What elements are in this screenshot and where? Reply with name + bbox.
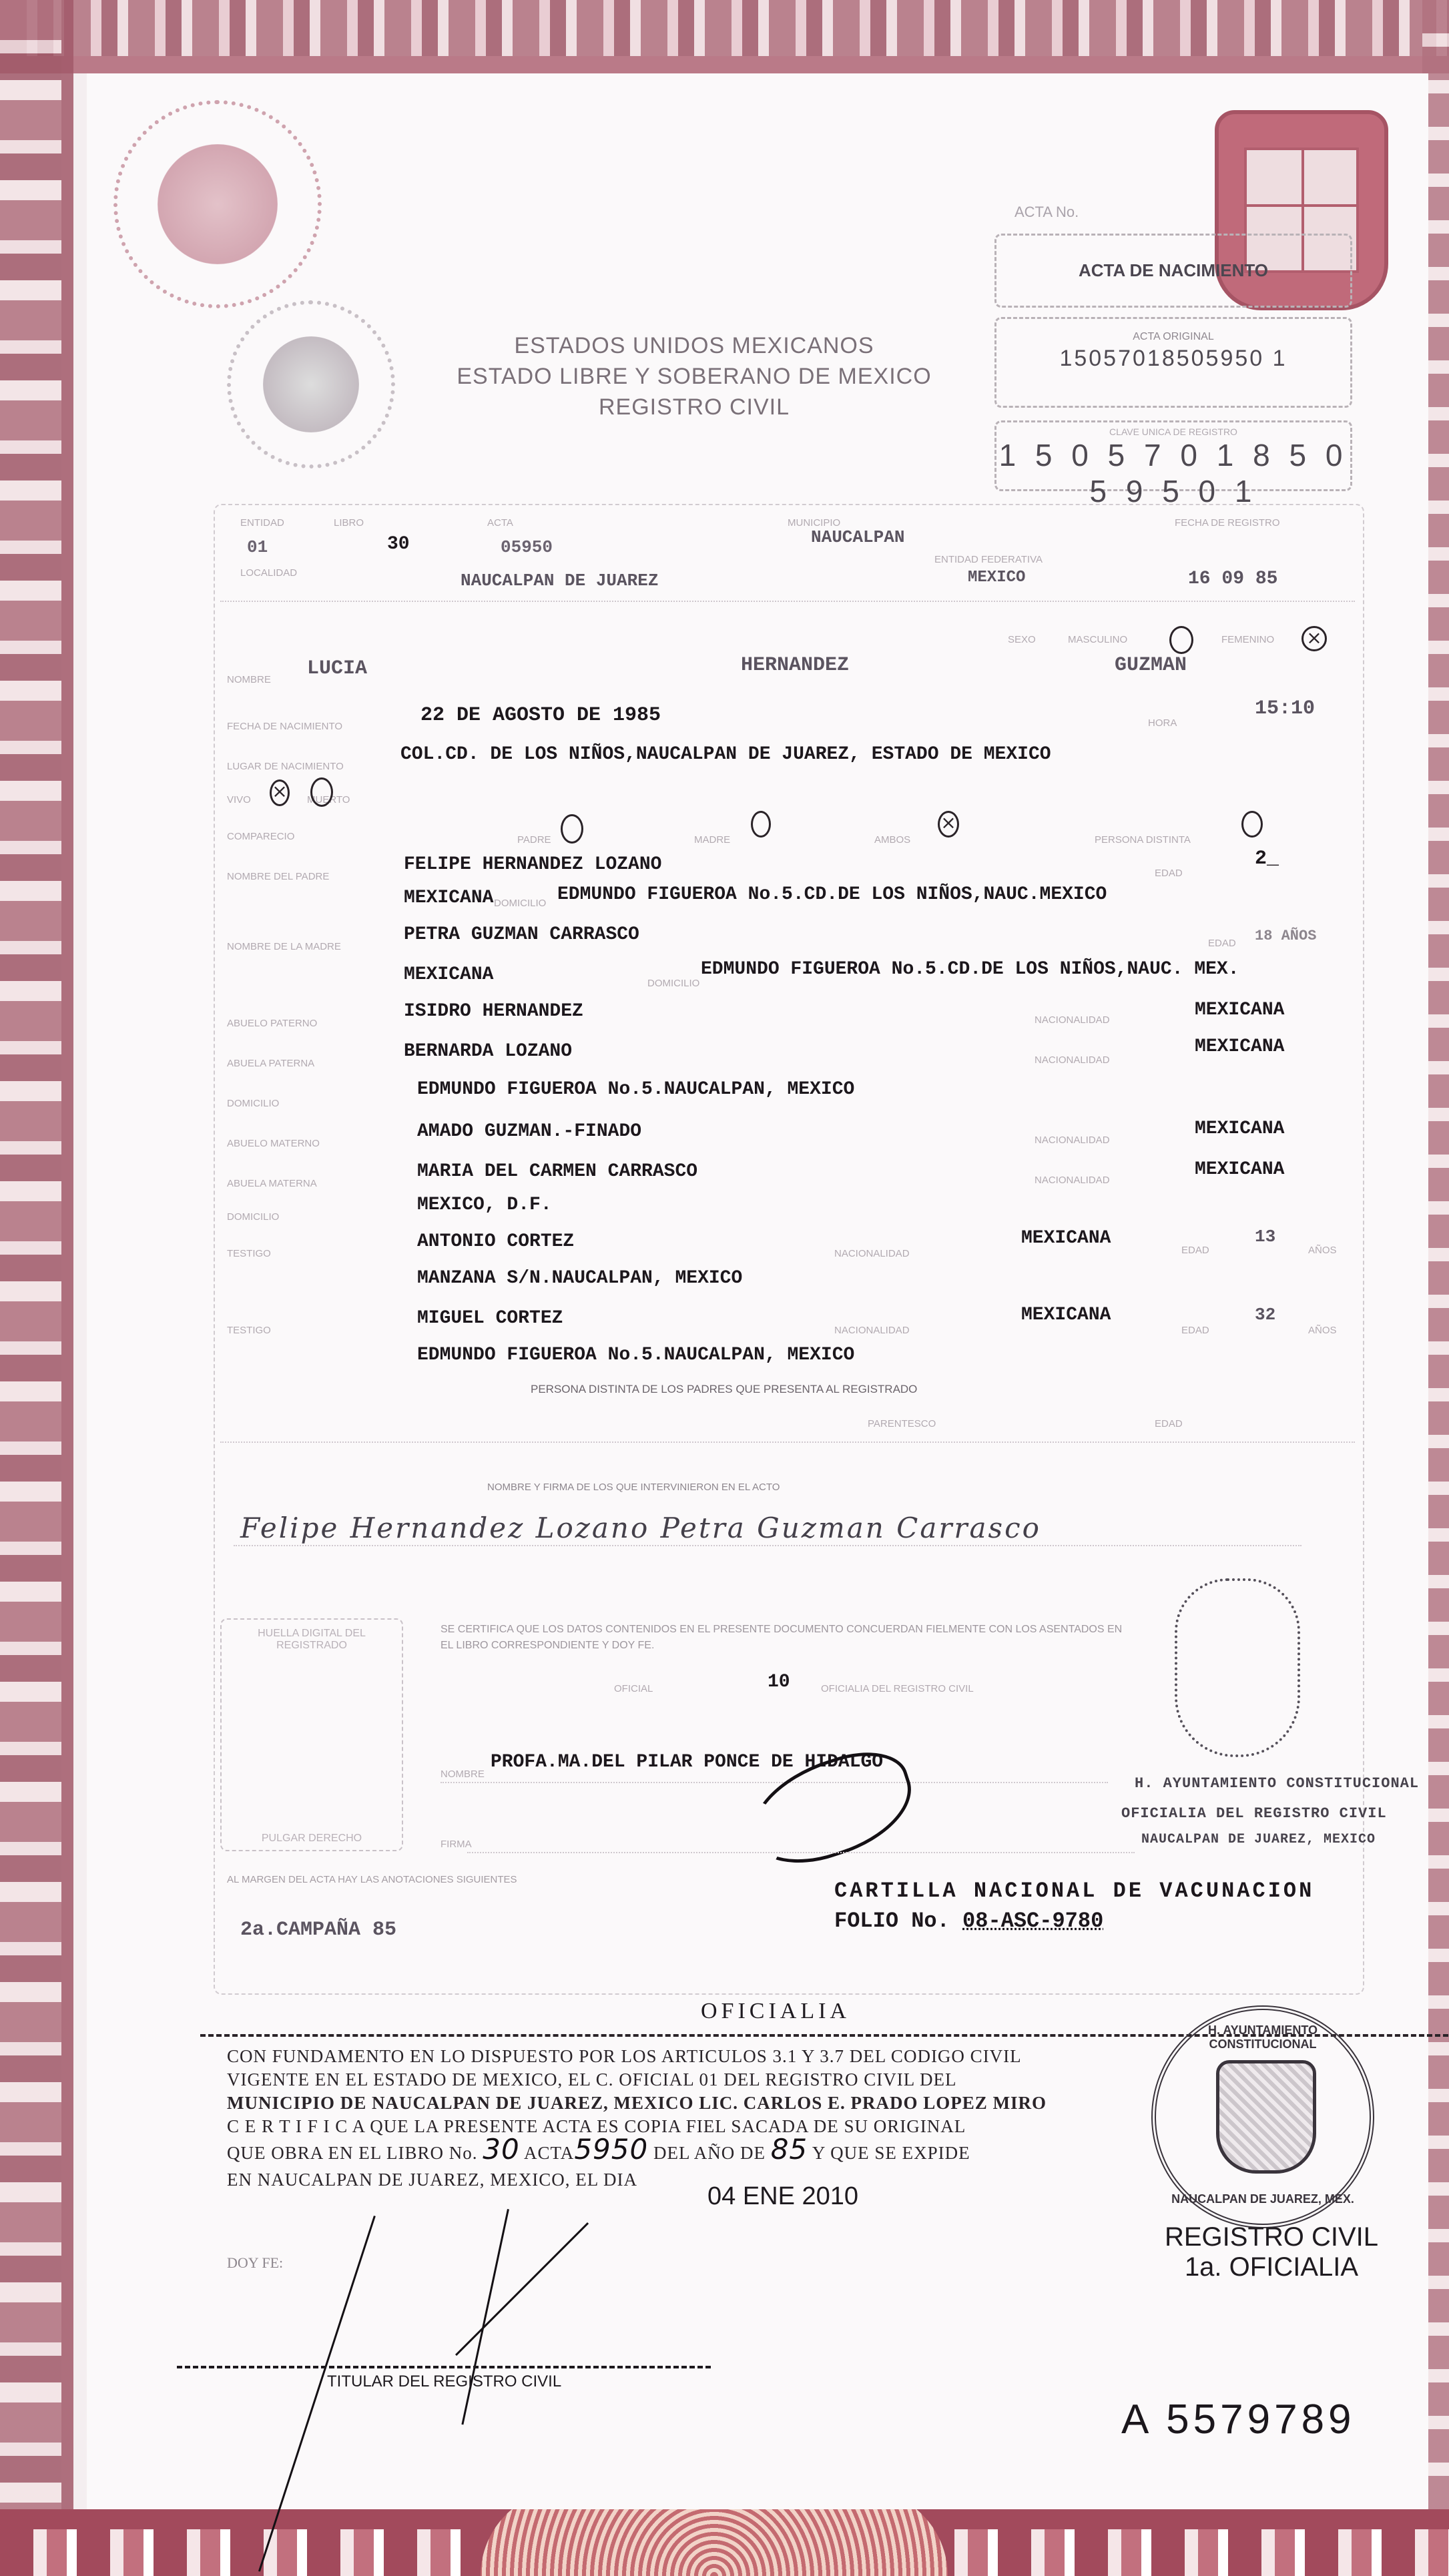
cert-line-2: VIGENTE EN EL ESTADO DE MEXICO, EL C. OF… bbox=[227, 2069, 1135, 2090]
cert-expide: Y QUE SE EXPIDE bbox=[812, 2143, 970, 2163]
padre-domicilio: EDMUNDO FIGUEROA No.5.CD.DE LOS NIÑOS,NA… bbox=[557, 884, 1107, 905]
cert-libro: 30 bbox=[483, 2133, 519, 2166]
testigo-2-label: TESTIGO bbox=[227, 1325, 271, 1336]
curp-label: CLAVE UNICA DE REGISTRO bbox=[996, 426, 1350, 437]
folio-value: 08-ASC-9780 bbox=[962, 1909, 1103, 1933]
comparecio-ambos-label: AMBOS bbox=[874, 834, 910, 846]
madre-edad-label: EDAD bbox=[1208, 938, 1236, 949]
seal-bottom-text: NAUCALPAN DE JUAREZ, MEX. bbox=[1156, 2192, 1370, 2206]
persona-distinta-caption: PERSONA DISTINTA DE LOS PADRES QUE PRESE… bbox=[531, 1383, 917, 1396]
sexo-masculino-radio bbox=[1169, 626, 1193, 654]
acta-title: ACTA DE NACIMIENTO bbox=[1079, 260, 1268, 280]
testigo-1-edad-label: EDAD bbox=[1181, 1245, 1209, 1256]
cartilla-vacunacion: CARTILLA NACIONAL DE VACUNACION bbox=[834, 1879, 1314, 1903]
registro-civil-stamp: REGISTRO CIVIL 1a. OFICIALIA bbox=[1158, 2222, 1385, 2282]
huella-label: HUELLA DIGITAL DEL REGISTRADO bbox=[222, 1628, 402, 1652]
nombre-value: LUCIA bbox=[307, 657, 367, 680]
cert-acta: 5950 bbox=[574, 2133, 648, 2166]
padre-nacionalidad: MEXICANA bbox=[404, 888, 493, 908]
padre-edad: 2_ bbox=[1255, 848, 1279, 870]
doy-fe-label: DOY FE: bbox=[227, 2254, 283, 2272]
curp-box: CLAVE UNICA DE REGISTRO 1 5 0 5 7 0 1 8 … bbox=[994, 420, 1352, 491]
abuela-materna-nacionalidad: MEXICANA bbox=[1195, 1159, 1284, 1180]
stamp-line-3: NAUCALPAN DE JUAREZ, MEXICO bbox=[1141, 1832, 1376, 1847]
thumbprint-box: HUELLA DIGITAL DEL REGISTRADO PULGAR DER… bbox=[220, 1618, 403, 1851]
entidad-value: 01 bbox=[247, 537, 268, 557]
testigo-1-edad: 13 bbox=[1255, 1227, 1275, 1247]
testigo-2-domicilio: EDMUNDO FIGUEROA No.5.NAUCALPAN, MEXICO bbox=[417, 1345, 854, 1365]
cert-acta-label: ACTA bbox=[524, 2143, 574, 2163]
abuelo-materno-nacionalidad-label: NACIONALIDAD bbox=[1035, 1135, 1110, 1146]
fecha-nacimiento-value: 22 DE AGOSTO DE 1985 bbox=[420, 704, 661, 727]
header-line-2: ESTADO LIBRE Y SOBERANO DE MEXICO bbox=[400, 361, 988, 392]
entidad-label: ENTIDAD bbox=[240, 517, 284, 529]
abuela-paterna-label: ABUELA PATERNA bbox=[227, 1058, 314, 1069]
padre-domicilio-label: DOMICILIO bbox=[494, 898, 546, 909]
curp-number: 1 5 0 5 7 0 1 8 5 0 5 9 5 0 1 bbox=[996, 437, 1350, 509]
cert-anio: 85 bbox=[771, 2133, 808, 2166]
madre-domicilio: EDMUNDO FIGUEROA No.5.CD.DE LOS NIÑOS,NA… bbox=[701, 960, 1368, 980]
ayuntamiento-seal-icon: H. AYUNTAMIENTO CONSTITUCIONAL NAUCALPAN… bbox=[1151, 2005, 1374, 2228]
libro-value: 30 bbox=[387, 534, 410, 555]
domicilio-paternos-label: DOMICILIO bbox=[227, 1098, 279, 1109]
segundo-apellido-value: GUZMAN bbox=[1115, 654, 1187, 677]
comparecio-ambos-radio bbox=[938, 811, 959, 838]
document-header: ESTADOS UNIDOS MEXICANOS ESTADO LIBRE Y … bbox=[400, 330, 988, 422]
localidad-value: NAUCALPAN DE JUAREZ bbox=[461, 571, 658, 591]
folio: FOLIO No. 08-ASC-9780 bbox=[834, 1909, 1103, 1933]
fecha-expedicion: 04 ENE 2010 bbox=[707, 2182, 858, 2211]
abuelo-paterno-nombre: ISIDRO HERNANDEZ bbox=[404, 1001, 583, 1022]
stamp-line-2: OFICIALIA DEL REGISTRO CIVIL bbox=[1121, 1805, 1387, 1822]
testigo-2-nacionalidad-label: NACIONALIDAD bbox=[834, 1325, 910, 1336]
testigo-1-nacionalidad: MEXICANA bbox=[1021, 1228, 1111, 1249]
oficial-number: 10 bbox=[768, 1672, 790, 1692]
acta-no-label: ACTA No. bbox=[1015, 204, 1079, 221]
municipio-value: NAUCALPAN bbox=[811, 527, 904, 547]
abuelo-paterno-label: ABUELO PATERNO bbox=[227, 1018, 317, 1029]
padre-label: NOMBRE DEL PADRE bbox=[227, 871, 329, 882]
firmas-caption: NOMBRE Y FIRMA DE LOS QUE INTERVINIERON … bbox=[487, 1482, 780, 1493]
dotted-registry-stamp-icon bbox=[1175, 1578, 1300, 1757]
masculino-label: MASCULINO bbox=[1068, 634, 1127, 645]
divider bbox=[467, 1852, 1135, 1853]
serial-number: A 5579789 bbox=[1121, 2396, 1356, 2443]
hora-value: 15:10 bbox=[1255, 697, 1315, 720]
abuelo-materno-nombre: AMADO GUZMAN.-FINADO bbox=[417, 1121, 641, 1142]
femenino-label: FEMENINO bbox=[1221, 634, 1274, 645]
registro-civil-text: REGISTRO CIVIL bbox=[1158, 2222, 1385, 2252]
hora-label: HORA bbox=[1148, 717, 1177, 729]
madre-nacionalidad: MEXICANA bbox=[404, 964, 493, 985]
fecha-registro-label: FECHA DE REGISTRO bbox=[1175, 517, 1280, 529]
divider bbox=[220, 1441, 1355, 1443]
pulgar-label: PULGAR DERECHO bbox=[222, 1833, 402, 1845]
domicilio-abuelos-maternos: MEXICO, D.F. bbox=[417, 1195, 552, 1215]
abuela-paterna-nacionalidad: MEXICANA bbox=[1195, 1036, 1284, 1057]
abuela-paterna-nacionalidad-label: NACIONALIDAD bbox=[1035, 1054, 1110, 1066]
oficial-label: OFICIAL bbox=[614, 1683, 653, 1694]
padre-nombre: FELIPE HERNANDEZ LOZANO bbox=[404, 854, 661, 875]
stamp-line-1: H. AYUNTAMIENTO CONSTITUCIONAL bbox=[1135, 1775, 1419, 1792]
comparecio-label: COMPARECIO bbox=[227, 831, 294, 842]
comparecio-madre-radio bbox=[751, 811, 771, 838]
titular-label: TITULAR DEL REGISTRO CIVIL bbox=[327, 2372, 561, 2391]
abuelo-paterno-nacionalidad: MEXICANA bbox=[1195, 1000, 1284, 1020]
testigo-2-nombre: MIGUEL CORTEZ bbox=[417, 1308, 563, 1329]
vivo-muerto-label: VIVO bbox=[227, 794, 251, 806]
entidad-federativa-value: MEXICO bbox=[968, 569, 1025, 587]
folio-label: FOLIO No. bbox=[834, 1909, 950, 1933]
testigo-1-label: TESTIGO bbox=[227, 1248, 271, 1259]
abuela-materna-nacionalidad-label: NACIONALIDAD bbox=[1035, 1175, 1110, 1186]
acta-value: 05950 bbox=[501, 537, 553, 557]
anotaciones-label: AL MARGEN DEL ACTA HAY LAS ANOTACIONES S… bbox=[227, 1874, 517, 1885]
domicilio-maternos-label: DOMICILIO bbox=[227, 1211, 279, 1223]
acta-original-number: 15057018505950 1 bbox=[996, 346, 1350, 372]
certificacion-text: SE CERTIFICA QUE LOS DATOS CONTENIDOS EN… bbox=[441, 1622, 1135, 1654]
lugar-nacimiento-label: LUGAR DE NACIMIENTO bbox=[227, 761, 344, 772]
acta-original-label: ACTA ORIGINAL bbox=[996, 331, 1350, 343]
madre-domicilio-label: DOMICILIO bbox=[647, 978, 699, 989]
abuela-paterna-nombre: BERNARDA LOZANO bbox=[404, 1041, 572, 1062]
cert-line-4: C E R T I F I C A QUE LA PRESENTE ACTA E… bbox=[227, 2116, 1135, 2137]
testigo-1-edad-unit: AÑOS bbox=[1308, 1245, 1337, 1256]
acta-original-box: ACTA ORIGINAL 15057018505950 1 bbox=[994, 317, 1352, 408]
comparecio-padre-label: PADRE bbox=[517, 834, 551, 846]
abuela-materna-nombre: MARIA DEL CARMEN CARRASCO bbox=[417, 1161, 697, 1182]
domicilio-abuelos-paternos: EDMUNDO FIGUEROA No.5.NAUCALPAN, MEXICO bbox=[417, 1079, 854, 1100]
abuelo-materno-label: ABUELO MATERNO bbox=[227, 1138, 320, 1149]
border-left bbox=[0, 0, 73, 2576]
testigo-2-edad-unit: AÑOS bbox=[1308, 1325, 1337, 1336]
madre-label: NOMBRE DE LA MADRE bbox=[227, 941, 341, 952]
fecha-registro-value: 16 09 85 bbox=[1188, 569, 1277, 589]
lugar-nacimiento-value: COL.CD. DE LOS NIÑOS,NAUCALPAN DE JUAREZ… bbox=[400, 744, 1051, 765]
localidad-label: LOCALIDAD bbox=[240, 567, 297, 579]
primer-apellido-value: HERNANDEZ bbox=[741, 654, 849, 677]
divider bbox=[441, 1782, 1108, 1783]
parents-signatures: Felipe Hernandez Lozano Petra Guzman Car… bbox=[240, 1512, 1041, 1544]
sexo-femenino-radio bbox=[1301, 626, 1327, 651]
madre-edad: 18 AÑOS bbox=[1255, 928, 1316, 944]
testigo-2-edad: 32 bbox=[1255, 1305, 1275, 1325]
entidad-federativa-label: ENTIDAD FEDERATIVA bbox=[934, 554, 1043, 565]
cert-lugar: EN NAUCALPAN DE JUAREZ, MEXICO, EL DIA bbox=[227, 2170, 637, 2190]
divider bbox=[220, 601, 1355, 602]
muerto-radio bbox=[310, 777, 333, 807]
header-line-3: REGISTRO CIVIL bbox=[400, 392, 988, 422]
cert-line-6: EN NAUCALPAN DE JUAREZ, MEXICO, EL DIA bbox=[227, 2169, 1135, 2190]
national-coat-of-arms-seal-icon bbox=[113, 100, 322, 308]
libro-label: LIBRO bbox=[334, 517, 364, 529]
national-seal-watermark-icon bbox=[227, 300, 395, 468]
abuela-materna-label: ABUELA MATERNA bbox=[227, 1178, 317, 1189]
testigo-1-nombre: ANTONIO CORTEZ bbox=[417, 1231, 574, 1252]
libro-prefix: QUE OBRA EN EL LIBRO No. bbox=[227, 2143, 478, 2163]
padre-edad-label: EDAD bbox=[1155, 868, 1183, 879]
cert-line-3: MUNICIPIO DE NAUCALPAN DE JUAREZ, MEXICO… bbox=[227, 2092, 1135, 2114]
abuelo-materno-nacionalidad: MEXICANA bbox=[1195, 1118, 1284, 1139]
oficialia-text: 1a. OFICIALIA bbox=[1158, 2252, 1385, 2282]
titular-signature-line bbox=[177, 2366, 711, 2368]
comparecio-persona-distinta-radio bbox=[1241, 811, 1263, 838]
signature-line bbox=[234, 1545, 1301, 1546]
parentesco-label: PARENTESCO bbox=[868, 1418, 936, 1429]
fecha-nacimiento-label: FECHA DE NACIMIENTO bbox=[227, 721, 342, 732]
oficialia-label: OFICIALIA DEL REGISTRO CIVIL bbox=[821, 1683, 974, 1694]
sexo-label: SEXO bbox=[1008, 634, 1036, 645]
persona-distinta-label: PERSONA DISTINTA bbox=[1095, 834, 1191, 846]
cert-line-1: CON FUNDAMENTO EN LO DISPUESTO POR LOS A… bbox=[227, 2045, 1135, 2067]
acta-label: ACTA bbox=[487, 517, 513, 529]
seal-top-text: H. AYUNTAMIENTO CONSTITUCIONAL bbox=[1156, 2023, 1370, 2051]
persona-distinta-edad-label: EDAD bbox=[1155, 1418, 1183, 1429]
firma-label: FIRMA bbox=[441, 1839, 472, 1850]
acta-title-box: ACTA DE NACIMIENTO bbox=[994, 234, 1352, 308]
testigo-2-nacionalidad: MEXICANA bbox=[1021, 1305, 1111, 1325]
campana-value: 2a.CAMPAÑA 85 bbox=[240, 1919, 396, 1941]
nombre-label: NOMBRE bbox=[227, 674, 271, 685]
madre-nombre: PETRA GUZMAN CARRASCO bbox=[404, 924, 639, 945]
comparecio-padre-radio bbox=[561, 814, 583, 844]
header-line-1: ESTADOS UNIDOS MEXICANOS bbox=[400, 330, 988, 361]
nombre-oficial-label: NOMBRE bbox=[441, 1768, 485, 1780]
comparecio-madre-label: MADRE bbox=[694, 834, 730, 846]
oficialia-title: OFICIALIA bbox=[701, 1999, 850, 2024]
cert-line-5: QUE OBRA EN EL LIBRO No. 30 ACTA5950 DEL… bbox=[227, 2139, 1135, 2164]
testigo-1-nacionalidad-label: NACIONALIDAD bbox=[834, 1248, 910, 1259]
naucalpan-crest-icon bbox=[1216, 2060, 1316, 2174]
vivo-radio bbox=[270, 779, 290, 806]
cert-anio-label: DEL AÑO DE bbox=[653, 2143, 766, 2163]
testigo-1-domicilio: MANZANA S/N.NAUCALPAN, MEXICO bbox=[417, 1268, 742, 1289]
testigo-2-edad-label: EDAD bbox=[1181, 1325, 1209, 1336]
abuelo-paterno-nacionalidad-label: NACIONALIDAD bbox=[1035, 1014, 1110, 1026]
border-top bbox=[0, 0, 1449, 73]
